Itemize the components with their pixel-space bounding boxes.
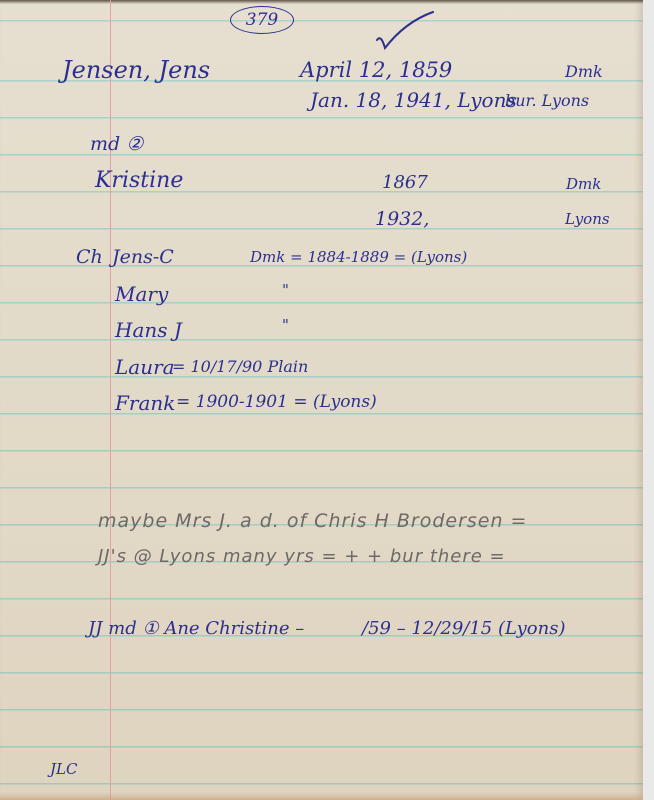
child-name: Hans J [115, 320, 182, 340]
subject-birth-date: April 12, 1859 [300, 60, 452, 81]
spouse-birth-year: 1867 [382, 174, 428, 192]
child-note: = 10/17/90 Plain [172, 359, 308, 375]
page-top-shadow [0, 0, 643, 4]
child-name: Jens-C [112, 248, 174, 267]
spouse-name: Kristine [95, 170, 183, 192]
spouse-birth-place: Dmk [566, 177, 601, 192]
marriage-note: JJ md ① Ane Christine – [88, 620, 304, 638]
child-name: Laura [115, 357, 175, 377]
children-label: Ch [76, 248, 103, 267]
spouse-death-place: Lyons [565, 212, 610, 227]
subject-name: Jensen, Jens [62, 58, 210, 82]
subject-death: Jan. 18, 1941, Lyons [310, 90, 517, 110]
page-number-circled: 379 [230, 6, 294, 34]
child-note: " [282, 318, 289, 333]
marriage-dates: /59 – 12/29/15 (Lyons) [362, 620, 566, 638]
subject-birth-place: Dmk [565, 64, 603, 80]
child-name: Frank [115, 393, 175, 413]
red-margin-line [110, 0, 111, 800]
pencil-note-line-1: maybe Mrs J. a d. of Chris H Brodersen = [98, 512, 527, 531]
pencil-note-line-2: JJ's @ Lyons many yrs = + + bur there = [98, 548, 506, 566]
spouse-death-year: 1932, [375, 210, 429, 229]
child-note: " [282, 283, 289, 298]
checkmark-icon [375, 10, 435, 52]
recorder-initials: JLC [50, 762, 77, 777]
child-name: Mary [115, 284, 168, 304]
child-note: = 1900-1901 = (Lyons) [176, 394, 377, 411]
child-note: Dmk = 1884-1889 = (Lyons) [250, 250, 467, 265]
page-number: 379 [246, 10, 278, 30]
page-bottom-edge [0, 792, 643, 800]
ledger-page: 379 Jensen, Jens April 12, 1859 Dmk Jan.… [0, 0, 643, 800]
subject-burial: bur. Lyons [505, 93, 589, 109]
married-label: md ② [90, 135, 143, 154]
